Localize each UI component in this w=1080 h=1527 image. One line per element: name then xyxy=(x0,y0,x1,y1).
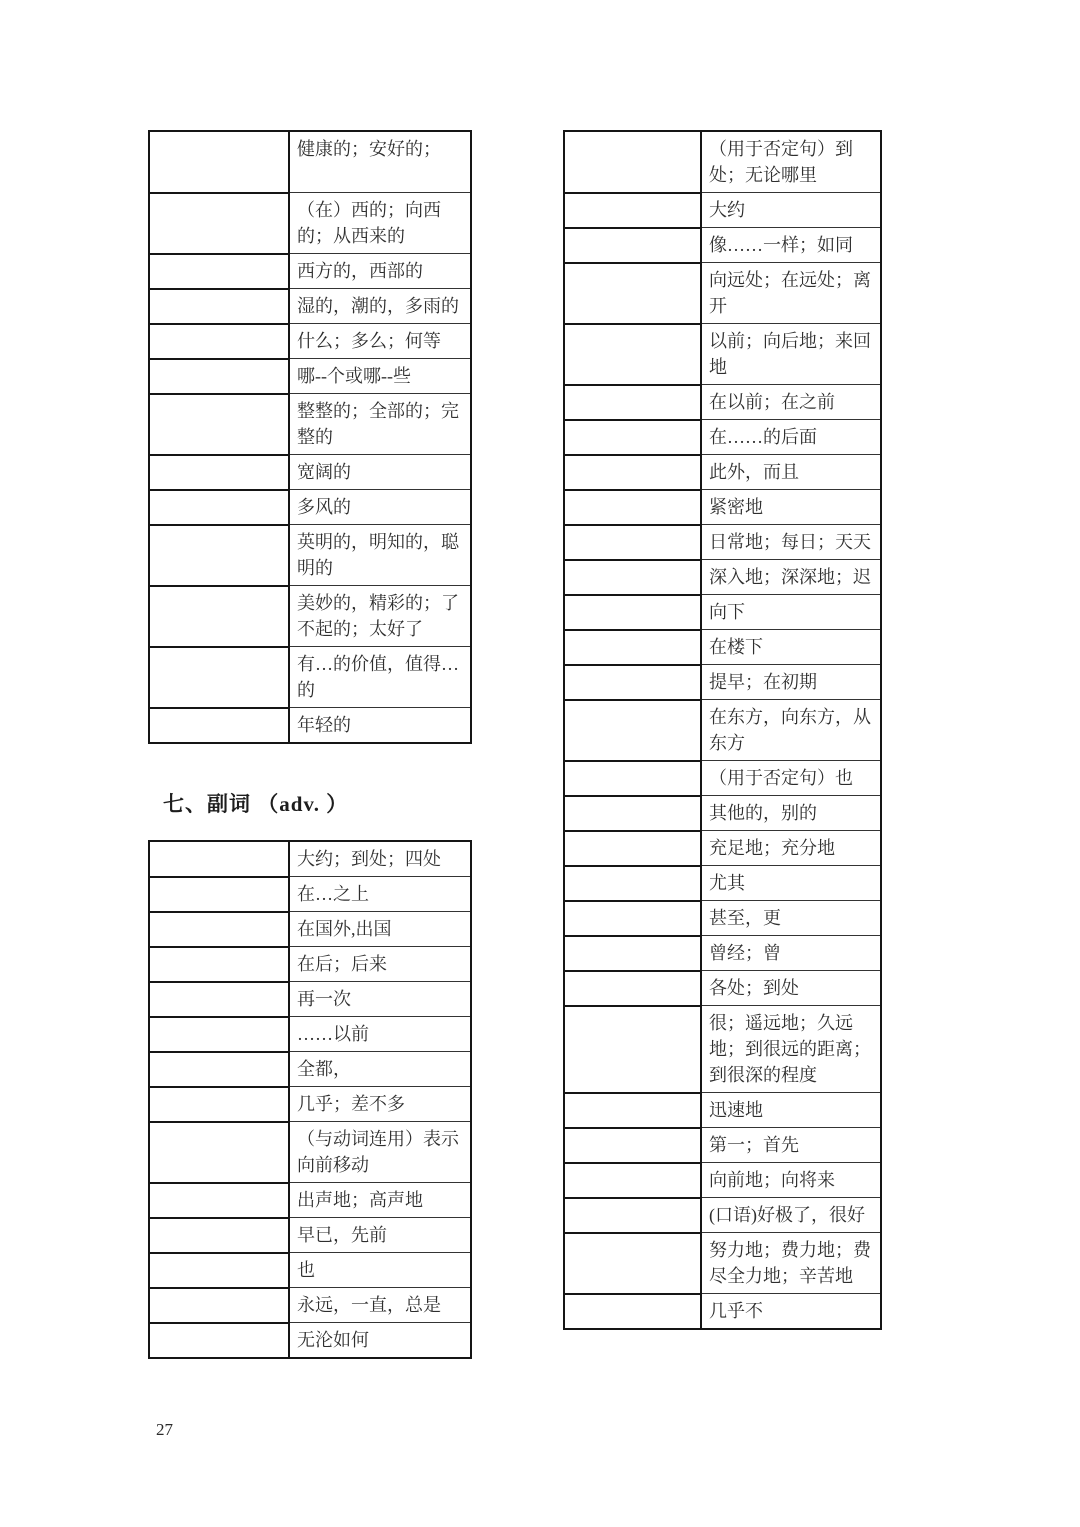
table-row: （与动词连用）表示向前移动 xyxy=(149,1122,471,1183)
table-row: 再一次 xyxy=(149,982,471,1017)
definition-cell: 有…的价值，值得…的 xyxy=(289,647,471,708)
table-row: （用于否定句）到处；无论哪里 xyxy=(564,131,881,193)
definition-cell: 多风的 xyxy=(289,490,471,525)
table-row: 早已，先前 xyxy=(149,1218,471,1253)
word-blank-cell xyxy=(564,831,701,866)
definition-cell: （与动词连用）表示向前移动 xyxy=(289,1122,471,1183)
word-blank-cell xyxy=(149,1218,289,1253)
definition-cell: 早已，先前 xyxy=(289,1218,471,1253)
table-row: 几乎不 xyxy=(564,1294,881,1330)
word-blank-cell xyxy=(564,866,701,901)
word-blank-cell xyxy=(149,877,289,912)
word-blank-cell xyxy=(149,193,289,254)
table-row: 在后；后来 xyxy=(149,947,471,982)
definition-cell: 日常地；每日；天天 xyxy=(701,525,881,560)
word-blank-cell xyxy=(149,841,289,877)
word-blank-cell xyxy=(564,525,701,560)
page-number: 27 xyxy=(156,1420,173,1440)
word-blank-cell xyxy=(564,1093,701,1128)
word-blank-cell xyxy=(149,359,289,394)
definition-cell: 永远，一直，总是 xyxy=(289,1288,471,1323)
definition-cell: 此外，而且 xyxy=(701,455,881,490)
word-blank-cell xyxy=(564,796,701,831)
word-blank-cell xyxy=(564,595,701,630)
word-blank-cell xyxy=(564,1233,701,1294)
adverbs-table-right: （用于否定句）到处；无论哪里大约像……一样；如同向远处；在远处；离开以前；向后地… xyxy=(563,130,882,1330)
definition-cell: 很；遥远地；久远地；到很远的距离；到很深的程度 xyxy=(701,1006,881,1093)
definition-cell: 提早；在初期 xyxy=(701,665,881,700)
table-row: 在楼下 xyxy=(564,630,881,665)
word-blank-cell xyxy=(149,1017,289,1052)
word-blank-cell xyxy=(564,131,701,193)
definition-cell: 向远处；在远处；离开 xyxy=(701,263,881,324)
table-row: 出声地；高声地 xyxy=(149,1183,471,1218)
table-row: 在东方，向东方，从东方 xyxy=(564,700,881,761)
word-blank-cell xyxy=(564,324,701,385)
table-row: 深入地；深深地；迟 xyxy=(564,560,881,595)
table-row: 多风的 xyxy=(149,490,471,525)
definition-cell: 年轻的 xyxy=(289,708,471,744)
definition-cell: 无沦如何 xyxy=(289,1323,471,1359)
definition-cell: 以前；向后地；来回地 xyxy=(701,324,881,385)
word-blank-cell xyxy=(149,1183,289,1218)
word-blank-cell xyxy=(564,455,701,490)
word-blank-cell xyxy=(564,560,701,595)
word-blank-cell xyxy=(564,420,701,455)
definition-cell: 美妙的，精彩的；了不起的；太好了 xyxy=(289,586,471,647)
definition-cell: 健康的；安好的； xyxy=(289,131,471,193)
table-row: 其他的，别的 xyxy=(564,796,881,831)
word-blank-cell xyxy=(149,131,289,193)
word-blank-cell xyxy=(149,324,289,359)
definition-cell: 西方的，西部的 xyxy=(289,254,471,289)
word-blank-cell xyxy=(564,1294,701,1330)
table-row: 充足地；充分地 xyxy=(564,831,881,866)
table-row: 努力地；费力地；费尽全力地；辛苦地 xyxy=(564,1233,881,1294)
definition-cell: 各处；到处 xyxy=(701,971,881,1006)
definition-cell: 也 xyxy=(289,1253,471,1288)
definition-cell: 再一次 xyxy=(289,982,471,1017)
definition-cell: 英明的，明知的，聪明的 xyxy=(289,525,471,586)
word-blank-cell xyxy=(149,1253,289,1288)
table-row: 日常地；每日；天天 xyxy=(564,525,881,560)
word-blank-cell xyxy=(149,586,289,647)
definition-cell: 迅速地 xyxy=(701,1093,881,1128)
table-row: 以前；向后地；来回地 xyxy=(564,324,881,385)
word-blank-cell xyxy=(564,665,701,700)
word-blank-cell xyxy=(564,490,701,525)
definition-cell: 在东方，向东方，从东方 xyxy=(701,700,881,761)
definition-cell: 充足地；充分地 xyxy=(701,831,881,866)
definition-cell: (口语)好极了，很好 xyxy=(701,1198,881,1233)
word-blank-cell xyxy=(149,394,289,455)
word-blank-cell xyxy=(149,490,289,525)
table-row: 向远处；在远处；离开 xyxy=(564,263,881,324)
definition-cell: 哪--个或哪--些 xyxy=(289,359,471,394)
table-row: 哪--个或哪--些 xyxy=(149,359,471,394)
table-row: 几乎；差不多 xyxy=(149,1087,471,1122)
word-blank-cell xyxy=(149,708,289,744)
definition-cell: 深入地；深深地；迟 xyxy=(701,560,881,595)
word-blank-cell xyxy=(564,1128,701,1163)
definition-cell: 第一；首先 xyxy=(701,1128,881,1163)
definition-cell: 努力地；费力地；费尽全力地；辛苦地 xyxy=(701,1233,881,1294)
table-row: 像……一样；如同 xyxy=(564,228,881,263)
definition-cell: 向下 xyxy=(701,595,881,630)
definition-cell: 几乎；差不多 xyxy=(289,1087,471,1122)
table-row: 第一；首先 xyxy=(564,1128,881,1163)
table-row: (口语)好极了，很好 xyxy=(564,1198,881,1233)
table-row: 全都， xyxy=(149,1052,471,1087)
section-heading: 七、副词 （adv. ） xyxy=(163,788,348,818)
word-blank-cell xyxy=(149,289,289,324)
definition-cell: （在）西的；向西的；从西来的 xyxy=(289,193,471,254)
definition-cell: 整整的；全部的；完整的 xyxy=(289,394,471,455)
word-blank-cell xyxy=(149,455,289,490)
word-blank-cell xyxy=(564,936,701,971)
word-blank-cell xyxy=(564,263,701,324)
word-blank-cell xyxy=(564,1006,701,1093)
word-blank-cell xyxy=(149,1122,289,1183)
word-blank-cell xyxy=(564,700,701,761)
word-blank-cell xyxy=(564,228,701,263)
table-row: 宽阔的 xyxy=(149,455,471,490)
definition-cell: ……以前 xyxy=(289,1017,471,1052)
word-blank-cell xyxy=(564,1198,701,1233)
word-blank-cell xyxy=(149,947,289,982)
word-blank-cell xyxy=(149,1288,289,1323)
definition-cell: 什么；多么；何等 xyxy=(289,324,471,359)
table-row: 美妙的，精彩的；了不起的；太好了 xyxy=(149,586,471,647)
table-row: 大约 xyxy=(564,193,881,228)
table-row: 在国外,出国 xyxy=(149,912,471,947)
table-row: 湿的，潮的，多雨的 xyxy=(149,289,471,324)
definition-cell: 湿的，潮的，多雨的 xyxy=(289,289,471,324)
table-row: 大约；到处；四处 xyxy=(149,841,471,877)
word-blank-cell xyxy=(149,982,289,1017)
word-blank-cell xyxy=(564,971,701,1006)
table-row: 甚至，更 xyxy=(564,901,881,936)
definition-cell: （用于否定句）也 xyxy=(701,761,881,796)
definition-cell: 在……的后面 xyxy=(701,420,881,455)
definition-cell: 像……一样；如同 xyxy=(701,228,881,263)
table-row: 在……的后面 xyxy=(564,420,881,455)
definition-cell: 几乎不 xyxy=(701,1294,881,1330)
definition-cell: 在楼下 xyxy=(701,630,881,665)
word-blank-cell xyxy=(564,1163,701,1198)
definition-cell: 大约；到处；四处 xyxy=(289,841,471,877)
word-blank-cell xyxy=(149,1323,289,1359)
word-blank-cell xyxy=(149,912,289,947)
word-blank-cell xyxy=(149,1087,289,1122)
definition-cell: 尤其 xyxy=(701,866,881,901)
table-row: 永远，一直，总是 xyxy=(149,1288,471,1323)
definition-cell: 曾经；曾 xyxy=(701,936,881,971)
table-row: ……以前 xyxy=(149,1017,471,1052)
adverbs-table-left: 大约；到处；四处在…之上在国外,出国在后；后来再一次……以前全都，几乎；差不多（… xyxy=(148,840,472,1359)
table-row: 在…之上 xyxy=(149,877,471,912)
definition-cell: 向前地；向将来 xyxy=(701,1163,881,1198)
table-row: 在以前；在之前 xyxy=(564,385,881,420)
table-row: 尤其 xyxy=(564,866,881,901)
definition-cell: 大约 xyxy=(701,193,881,228)
definition-cell: 其他的，别的 xyxy=(701,796,881,831)
table-row: 曾经；曾 xyxy=(564,936,881,971)
word-blank-cell xyxy=(564,630,701,665)
word-blank-cell xyxy=(149,1052,289,1087)
definition-cell: 在以前；在之前 xyxy=(701,385,881,420)
table-row: 什么；多么；何等 xyxy=(149,324,471,359)
table-row: 西方的，西部的 xyxy=(149,254,471,289)
table-row: 各处；到处 xyxy=(564,971,881,1006)
definition-cell: 紧密地 xyxy=(701,490,881,525)
definition-cell: 出声地；高声地 xyxy=(289,1183,471,1218)
table-row: （在）西的；向西的；从西来的 xyxy=(149,193,471,254)
definition-cell: 全都， xyxy=(289,1052,471,1087)
table-row: 紧密地 xyxy=(564,490,881,525)
word-blank-cell xyxy=(149,647,289,708)
word-blank-cell xyxy=(149,254,289,289)
word-blank-cell xyxy=(564,901,701,936)
table-row: 也 xyxy=(149,1253,471,1288)
definition-cell: 在…之上 xyxy=(289,877,471,912)
word-blank-cell xyxy=(564,761,701,796)
word-blank-cell xyxy=(149,525,289,586)
definition-cell: 甚至，更 xyxy=(701,901,881,936)
definition-cell: 在后；后来 xyxy=(289,947,471,982)
table-row: 整整的；全部的；完整的 xyxy=(149,394,471,455)
table-row: 提早；在初期 xyxy=(564,665,881,700)
table-row: （用于否定句）也 xyxy=(564,761,881,796)
adjectives-table: 健康的；安好的；（在）西的；向西的；从西来的西方的，西部的湿的，潮的，多雨的什么… xyxy=(148,130,472,744)
definition-cell: 在国外,出国 xyxy=(289,912,471,947)
word-blank-cell xyxy=(564,385,701,420)
table-row: 向下 xyxy=(564,595,881,630)
table-row: 向前地；向将来 xyxy=(564,1163,881,1198)
table-row: 英明的，明知的，聪明的 xyxy=(149,525,471,586)
table-row: 迅速地 xyxy=(564,1093,881,1128)
table-row: 有…的价值，值得…的 xyxy=(149,647,471,708)
table-row: 无沦如何 xyxy=(149,1323,471,1359)
table-row: 此外，而且 xyxy=(564,455,881,490)
table-row: 健康的；安好的； xyxy=(149,131,471,193)
word-blank-cell xyxy=(564,193,701,228)
definition-cell: 宽阔的 xyxy=(289,455,471,490)
table-row: 很；遥远地；久远地；到很远的距离；到很深的程度 xyxy=(564,1006,881,1093)
table-row: 年轻的 xyxy=(149,708,471,744)
definition-cell: （用于否定句）到处；无论哪里 xyxy=(701,131,881,193)
